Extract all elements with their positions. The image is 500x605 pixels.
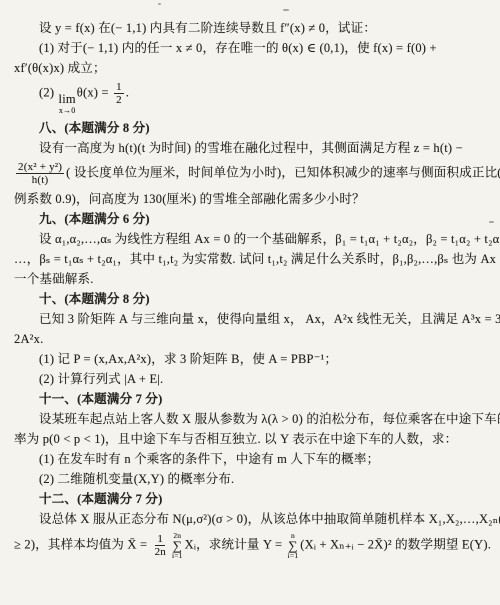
summation-statistic: n∑i=1 [288,532,299,559]
question-7-part1-line1: (1) 对于(− 1,1) 内的任一 x ≠ 0，存在唯一的 θ(x) ∈ (0… [14,41,490,55]
exam-page: 设 y = f(x) 在(− 1,1) 内具有二阶连续导数且 f″(x) ≠ 0… [0,0,500,605]
question-11-line1: 设某班车起点站上客人数 X 服从参数为 λ(λ > 0) 的泊松分布，每位乘客在… [14,412,490,426]
fraction-denominator: 2n [153,546,168,558]
summation-lower-limit: i=1 [288,552,299,560]
question-8-line1: 设有一高度为 h(t)(t 为时间) 的雪堆在融化过程中，其侧面满足方程 z =… [14,141,490,155]
question-12-line1: 设总体 X 服从正态分布 N(μ,σ²)(σ > 0)，从该总体中抽取简单随机样… [14,512,490,526]
question-11-line2: 率为 p(0 < p < 1)，且中途下车与否相互独立. 以 Y 表示在中途下车… [14,432,490,446]
part2-middle: θ(x) = [77,85,112,99]
question-10-header: 十、(本题满分 8 分) [14,292,490,306]
question-11-part2: (2) 二维随机变量(X,Y) 的概率分布. [14,472,490,486]
line2-rest: ( 设长度单位为厘米，时间单位为小时)，已知体积减少的速率与侧面积成正比(比 [66,165,500,179]
question-10-line2: 2A²x. [14,332,490,346]
fraction-denominator: h(t) [30,174,51,186]
summation-mean: 2n∑i=1 [172,532,183,559]
fraction-numerator: 1 [155,533,165,546]
limit-operator: lim [59,93,76,106]
question-8-header: 八、(本题满分 8 分) [14,121,490,135]
question-8-line2: 2(x² + y²)h(t)( 设长度单位为厘米，时间单位为小时)，已知体积减少… [14,161,490,186]
question-9-line2: …，βₛ = t₁αₛ + t₂α₁，其中 t₁,t₂ 为实常数. 试问 t₁,… [14,252,490,266]
fraction-one-half: 12 [114,81,124,106]
fraction-denominator: 2 [114,94,124,106]
fraction-mean: 12n [153,533,168,558]
question-11-part1: (1) 在发车时有 n 个乘客的条件下，中途有 m 人下车的概率； [14,452,490,466]
line2-pre: ≥ 2)，其样本均值为 X̄ = [14,538,151,552]
question-9-line1: 设 α₁,α₂,…,αₛ 为线性方程组 Ax = 0 的一个基础解系，β₁ = … [14,232,490,246]
question-9-header: 九、(本题满分 6 分) [14,212,490,226]
part2-label: (2) [39,85,58,99]
limit-subscript: x→0 [59,107,76,115]
fraction-numerator: 1 [114,81,124,94]
line2-mid: Xᵢ，求统计量 Y = [185,538,286,552]
question-7-part2: (2) limx→0θ(x) = 12. [14,81,490,115]
question-7-part1-line2: xf′(θ(x)x) 成立； [14,61,490,75]
limit-expression: limx→0 [59,93,76,115]
part2-end: . [126,85,129,99]
question-11-header: 十一、(本题满分 7 分) [14,392,490,406]
line2-end: (Xᵢ + Xₙ₊ᵢ − 2X̄)² 的数学期望 E(Y). [300,538,491,552]
question-7-intro: 设 y = f(x) 在(− 1,1) 内具有二阶连续导数且 f″(x) ≠ 0… [14,21,490,35]
fraction-surface-equation: 2(x² + y²)h(t) [16,161,64,186]
question-10-part1: (1) 记 P = (x,Ax,A²x)，求 3 阶矩阵 B，使 A = PBP… [14,352,490,366]
summation-lower-limit: i=1 [172,552,183,560]
question-10-line1: 已知 3 阶矩阵 A 与三维向量 x，使得向量组 x， Ax，A²x 线性无关，… [14,312,490,326]
question-10-part2: (2) 计算行列式 |A + E|. [14,372,490,386]
question-12-header: 十二、(本题满分 7 分) [14,492,490,506]
question-12-line2: ≥ 2)，其样本均值为 X̄ = 12n2n∑i=1Xᵢ，求统计量 Y = n∑… [14,532,490,559]
fraction-numerator: 2(x² + y²) [16,161,64,174]
question-9-line3: 一个基础解系. [14,272,490,286]
question-8-line3: 例系数 0.9)，问高度为 130(厘米) 的雪堆全部融化需多少小时？ [14,192,490,206]
